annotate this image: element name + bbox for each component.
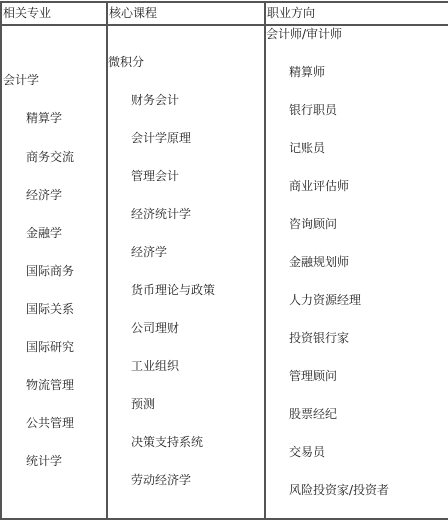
- major-item: 商务交流: [26, 150, 74, 164]
- major-item: 精算学: [26, 111, 62, 125]
- career-table: 相关专业 核心课程 职业方向 会计学 精算学 商务交流 经济学 金融学 国际商务…: [0, 0, 448, 521]
- career-item: 会计师/审计师: [266, 27, 342, 41]
- table-top-border: [0, 1, 448, 3]
- header-related-majors: 相关专业: [3, 6, 51, 20]
- career-item: 精算师: [289, 65, 325, 79]
- course-item: 工业组织: [131, 359, 179, 373]
- career-item: 记账员: [289, 141, 325, 155]
- course-item: 经济统计学: [131, 207, 191, 221]
- career-item: 交易员: [289, 445, 325, 459]
- course-item: 决策支持系统: [131, 435, 203, 449]
- course-item: 微积分: [108, 55, 144, 69]
- major-item: 会计学: [3, 73, 39, 87]
- career-item: 人力资源经理: [289, 293, 361, 307]
- column-divider-2: [264, 1, 266, 520]
- career-item: 股票经纪: [289, 407, 337, 421]
- course-item: 劳动经济学: [131, 473, 191, 487]
- major-item: 国际关系: [26, 302, 74, 316]
- major-item: 金融学: [26, 226, 62, 240]
- course-item: 预测: [131, 397, 155, 411]
- course-item: 货币理论与政策: [131, 283, 215, 297]
- career-item: 银行职员: [289, 103, 337, 117]
- career-item: 金融规划师: [289, 255, 349, 269]
- header-bottom-border: [0, 24, 448, 26]
- course-item: 经济学: [131, 245, 167, 259]
- career-item: 风险投资家/投资者: [289, 483, 389, 497]
- major-item: 国际商务: [26, 264, 74, 278]
- course-item: 财务会计: [131, 93, 179, 107]
- header-career-directions: 职业方向: [267, 6, 315, 20]
- major-item: 物流管理: [26, 378, 74, 392]
- course-item: 会计学原理: [131, 131, 191, 145]
- major-item: 经济学: [26, 188, 62, 202]
- career-item: 管理顾问: [289, 369, 337, 383]
- header-core-courses: 核心课程: [109, 6, 157, 20]
- course-item: 管理会计: [131, 169, 179, 183]
- career-item: 商业评估师: [289, 179, 349, 193]
- column-divider-1: [106, 1, 108, 520]
- career-item: 咨询顾问: [289, 217, 337, 231]
- major-item: 公共管理: [26, 416, 74, 430]
- career-item: 投资银行家: [289, 331, 349, 345]
- major-item: 统计学: [26, 454, 62, 468]
- course-item: 公司理财: [131, 321, 179, 335]
- major-item: 国际研究: [26, 340, 74, 354]
- table-bottom-border: [0, 518, 448, 520]
- table-left-border: [0, 1, 2, 520]
